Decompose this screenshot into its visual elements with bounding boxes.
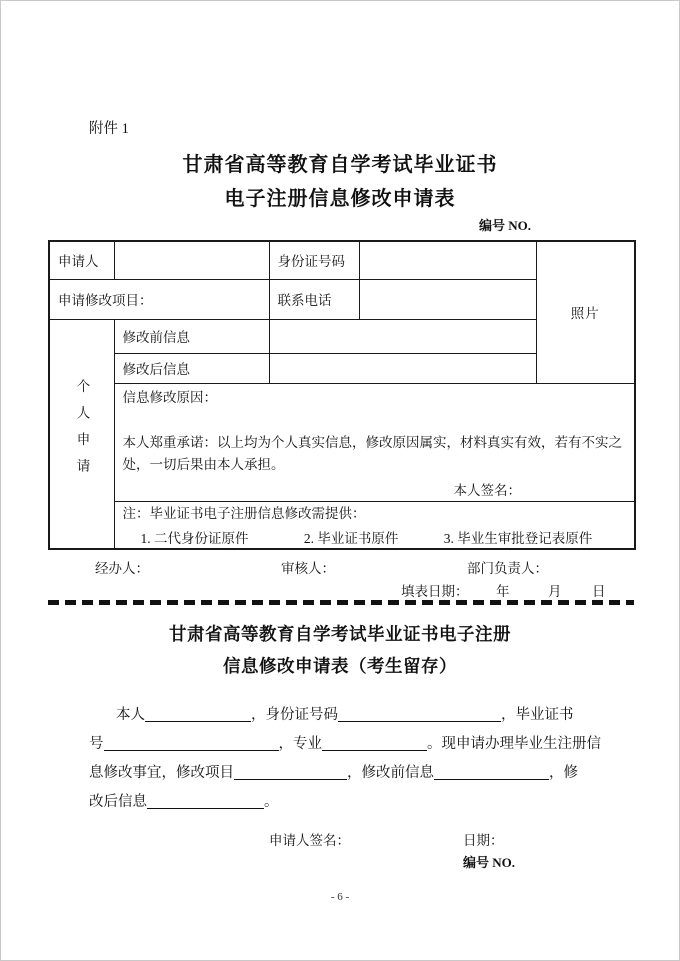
paragraph-line-2: 号，专业。现申请办理毕业生注册信 — [89, 730, 614, 759]
date-label: 日期： — [463, 829, 504, 849]
form1-serial-label: 编号 NO. — [479, 215, 531, 234]
note-cell: 注：毕业证书电子注册信息修改需提供： 1. 二代身份证原件 2. 毕业证书原件 … — [114, 501, 635, 549]
table-row: 信息修改原因： 本人郑重承诺：以上均为个人真实信息，修改原因属实，材料真实有效，… — [49, 383, 635, 501]
promise-text: 本人郑重承诺：以上均为个人真实信息，修改原因属实，材料真实有效，若有不实之处，一… — [123, 432, 627, 476]
name-blank — [145, 707, 251, 722]
self-signature-label: 本人签名： — [123, 479, 627, 499]
note-items: 1. 二代身份证原件 2. 毕业证书原件 3. 毕业生审批登记表原件 — [123, 527, 627, 547]
form2-title-line1: 甘肃省高等教育自学考试毕业证书电子注册 — [1, 621, 679, 646]
before-info-input-cell — [269, 319, 536, 353]
certificate-number-blank — [104, 736, 279, 751]
id-number-blank — [338, 707, 501, 722]
year-label: 年 — [496, 580, 510, 600]
reason-cell: 信息修改原因： 本人郑重承诺：以上均为个人真实信息，修改原因属实，材料真实有效，… — [114, 383, 635, 501]
phone-input-cell — [359, 279, 536, 319]
dept-head-label: 部门负责人： — [467, 557, 548, 577]
form2-serial-label: 编号 NO. — [463, 852, 515, 871]
note-item-2: 2. 毕业证书原件 — [304, 531, 399, 546]
applicant-input-cell — [114, 241, 269, 279]
personal-application-text: 个人申请 — [75, 379, 89, 485]
major-blank — [322, 736, 427, 751]
cut-dashed-line — [48, 600, 634, 605]
after-info-label-cell: 修改后信息 — [114, 353, 269, 383]
photo-box: 照片 — [536, 241, 635, 383]
id-number-label-cell: 身份证号码 — [269, 241, 359, 279]
paragraph-line-3: 息修改事宜，修改项目，修改前信息，修 — [89, 759, 614, 788]
handler-label: 经办人： — [95, 557, 149, 577]
form1-title-line1: 甘肃省高等教育自学考试毕业证书 — [1, 148, 679, 177]
day-label: 日 — [592, 580, 606, 600]
form2-title-line2: 信息修改申请表（考生留存） — [1, 653, 679, 678]
id-number-input-cell — [359, 241, 536, 279]
before-info-label-cell: 修改前信息 — [114, 319, 269, 353]
applicant-label-cell: 申请人 — [49, 241, 114, 279]
month-label: 月 — [548, 580, 562, 600]
reason-label: 信息修改原因： — [123, 386, 627, 406]
note-item-1: 1. 二代身份证原件 — [141, 531, 249, 546]
modify-item-blank — [234, 765, 347, 780]
after-info-input-cell — [269, 353, 536, 383]
table-row: 申请人 身份证号码 照片 — [49, 241, 635, 279]
personal-application-vertical-label: 个人申请 — [49, 319, 114, 549]
before-info-blank — [434, 765, 549, 780]
form2-paragraph: 本人，身份证号码，毕业证书 号，专业。现申请办理毕业生注册信 息修改事宜，修改项… — [89, 701, 614, 817]
reviewer-label: 审核人： — [281, 557, 335, 577]
applicant-signature-label: 申请人签名： — [269, 829, 350, 849]
form1-title-line2: 电子注册信息修改申请表 — [1, 182, 679, 211]
note-title: 注：毕业证书电子注册信息修改需提供： — [123, 502, 627, 522]
attachment-label: 附件 1 — [89, 117, 129, 138]
modify-items-cell: 申请修改项目： — [49, 279, 269, 319]
document-page: 附件 1 甘肃省高等教育自学考试毕业证书 电子注册信息修改申请表 编号 NO. … — [0, 0, 680, 961]
page-number: - 6 - — [1, 891, 679, 903]
form1-table: 申请人 身份证号码 照片 申请修改项目： 联系电话 个人申请 修改前信息 修改后… — [48, 240, 636, 550]
note-item-3: 3. 毕业生审批登记表原件 — [444, 531, 593, 546]
phone-label-cell: 联系电话 — [269, 279, 359, 319]
table-row: 注：毕业证书电子注册信息修改需提供： 1. 二代身份证原件 2. 毕业证书原件 … — [49, 501, 635, 549]
paragraph-line-1: 本人，身份证号码，毕业证书 — [89, 701, 614, 730]
paragraph-line-4: 改后信息。 — [89, 788, 614, 817]
fill-date-label: 填表日期： — [401, 580, 469, 600]
after-info-blank — [147, 794, 264, 809]
